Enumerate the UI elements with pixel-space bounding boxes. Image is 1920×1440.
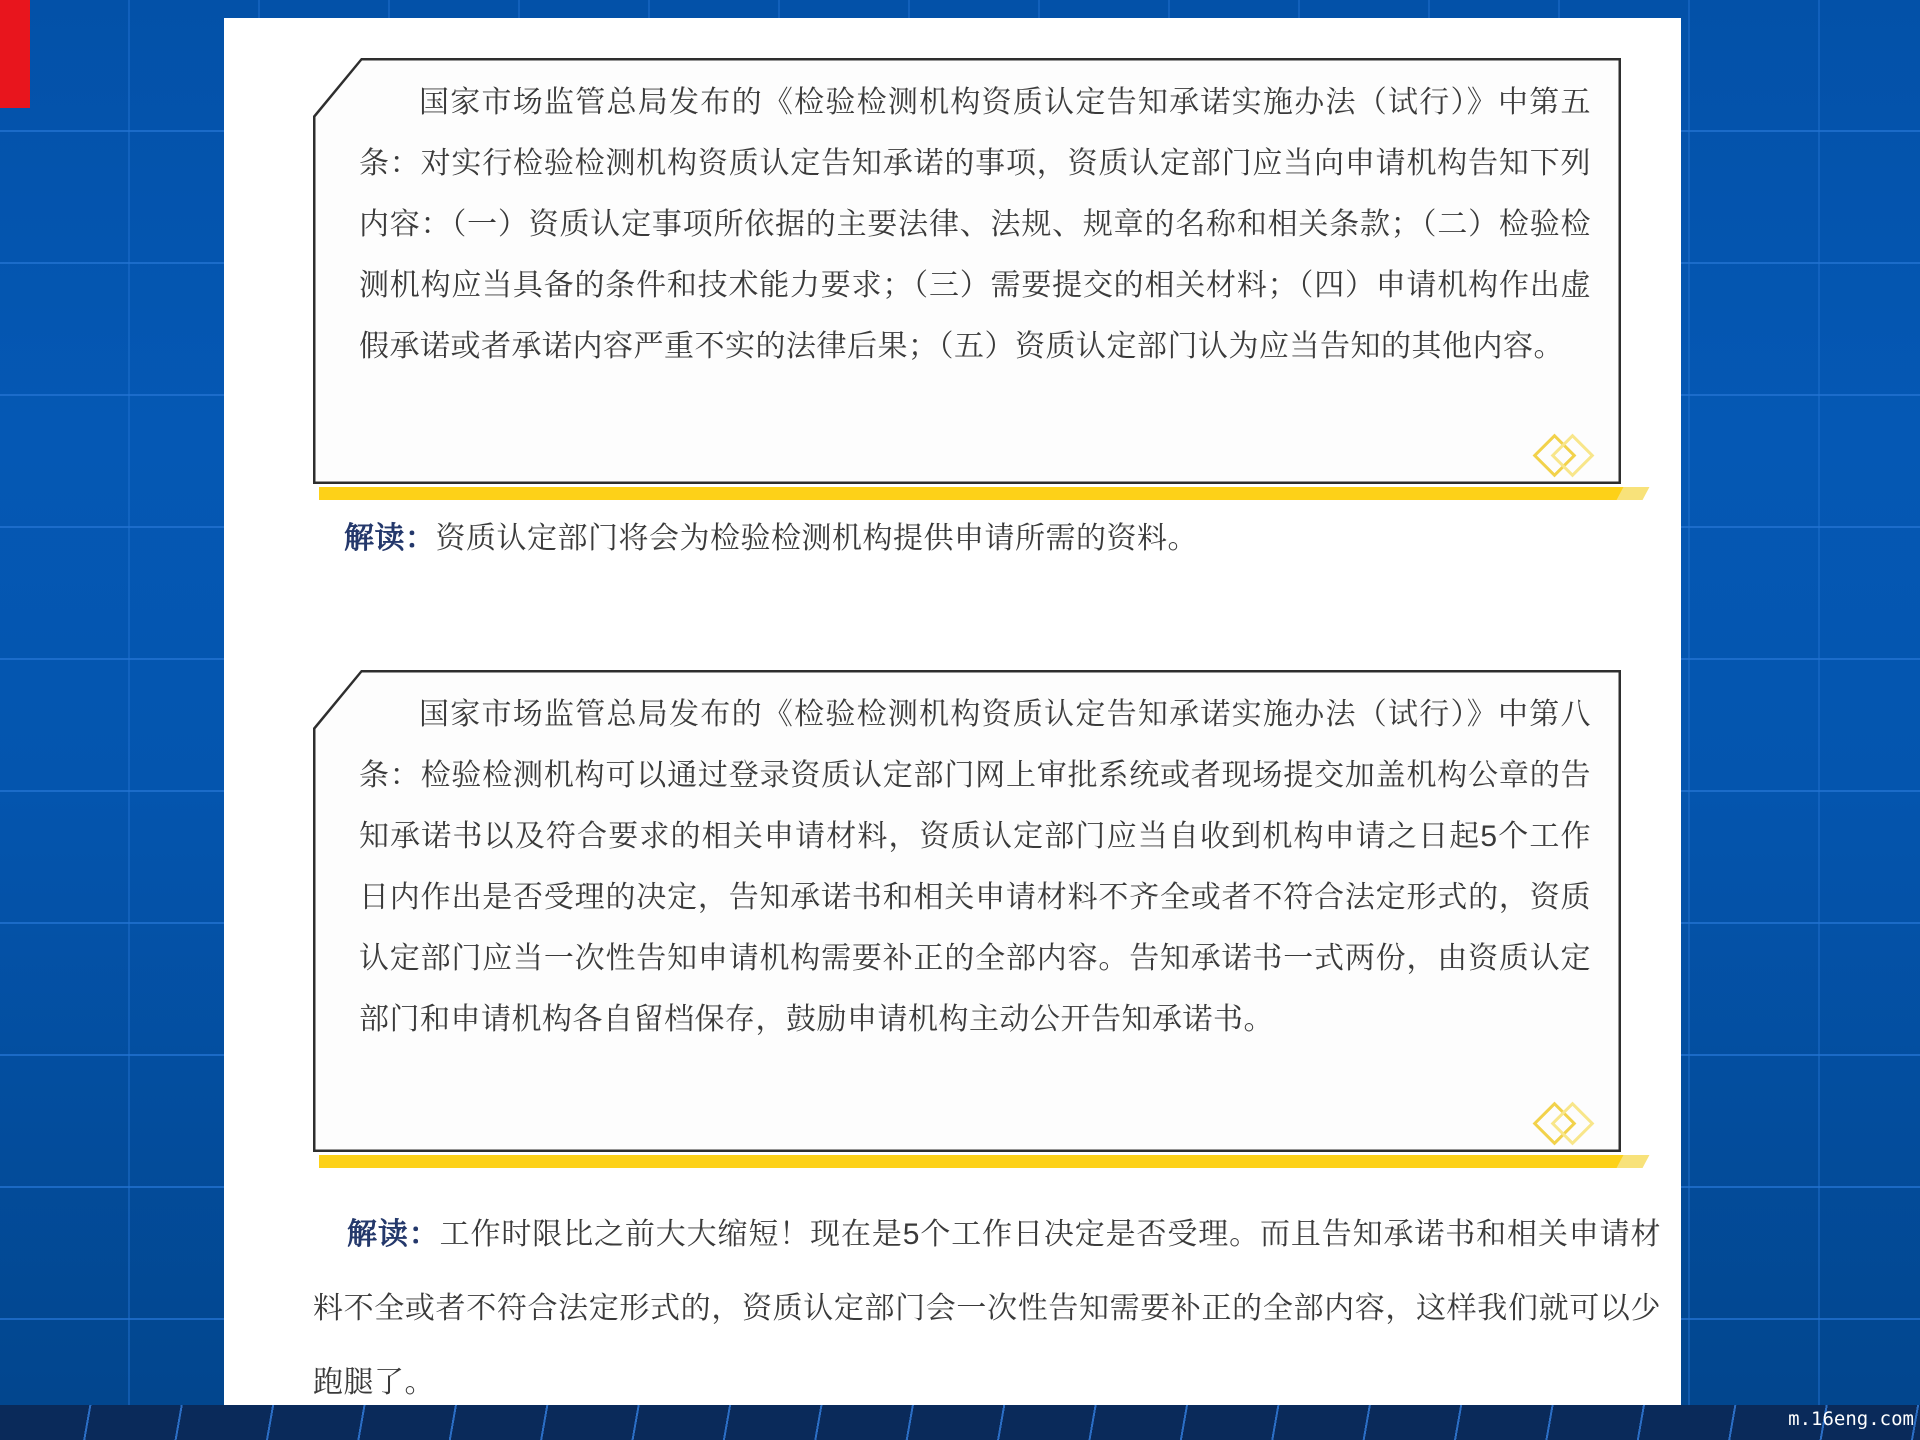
quote-box-article8: 国家市场监管总局发布的《检验检测机构资质认定告知承诺实施办法（试行）》中第八条：… bbox=[313, 670, 1621, 1152]
yellow-underline bbox=[319, 487, 1630, 500]
double-diamond-icon bbox=[1537, 436, 1593, 470]
note-label: 解读： bbox=[344, 522, 436, 555]
note-text: 资质认定部门将会为检验检测机构提供申请所需的资料。 bbox=[436, 522, 1199, 555]
quote-box-inner: 国家市场监管总局发布的《检验检测机构资质认定告知承诺实施办法（试行）》中第五条：… bbox=[313, 58, 1621, 484]
red-corner-accent bbox=[0, 0, 30, 108]
double-diamond-icon bbox=[1537, 1104, 1593, 1138]
yellow-underline bbox=[319, 1155, 1630, 1168]
quote-text-article5: 国家市场监管总局发布的《检验检测机构资质认定告知承诺实施办法（试行）》中第五条：… bbox=[313, 58, 1621, 377]
interpretation-note-1: 解读：资质认定部门将会为检验检测机构提供申请所需的资料。 bbox=[344, 518, 1198, 560]
quote-text-article8: 国家市场监管总局发布的《检验检测机构资质认定告知承诺实施办法（试行）》中第八条：… bbox=[313, 670, 1621, 1050]
interpretation-note-2: 解读：工作时限比之前大大缩短！现在是5个工作日决定是否受理。而且告知承诺书和相关… bbox=[313, 1198, 1661, 1420]
watermark-url: m.16eng.com bbox=[1788, 1408, 1914, 1430]
note-label: 解读： bbox=[347, 1218, 440, 1251]
content-panel: 国家市场监管总局发布的《检验检测机构资质认定告知承诺实施办法（试行）》中第五条：… bbox=[224, 18, 1681, 1405]
quote-box-inner: 国家市场监管总局发布的《检验检测机构资质认定告知承诺实施办法（试行）》中第八条：… bbox=[313, 670, 1621, 1152]
page-background: { "watermark": "m.16eng.com", "colors": … bbox=[0, 0, 1920, 1440]
quote-box-article5: 国家市场监管总局发布的《检验检测机构资质认定告知承诺实施办法（试行）》中第五条：… bbox=[313, 58, 1621, 484]
note-text: 工作时限比之前大大缩短！现在是5个工作日决定是否受理。而且告知承诺书和相关申请材… bbox=[313, 1218, 1661, 1399]
